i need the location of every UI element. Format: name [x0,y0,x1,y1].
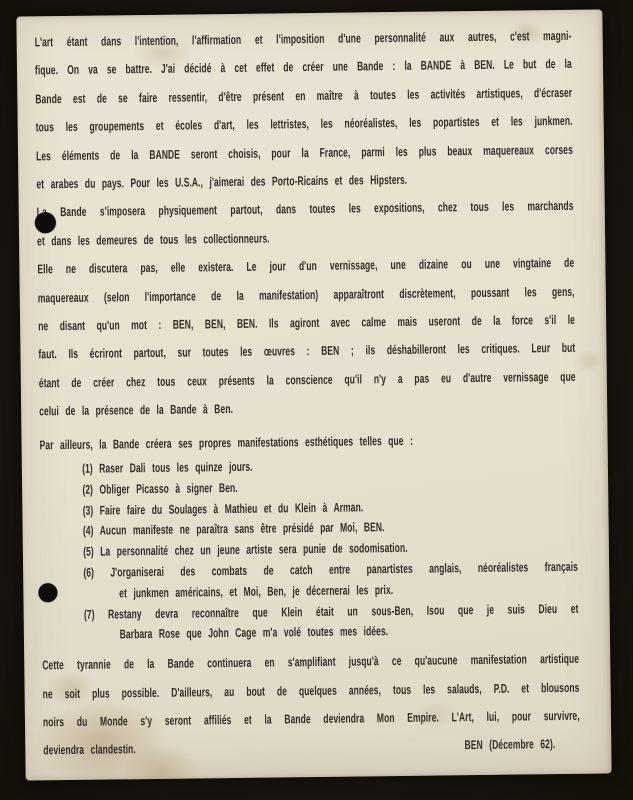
ink-dot-middle [38,583,57,602]
photo-background: L'art étant dans l'intention, l'affirmat… [0,0,633,800]
ink-dot-top [35,212,56,233]
signature-date: BEN (Décembre 62). [464,731,555,761]
closing-text: deviendra clandestin. [43,736,136,766]
text-line: celui de la présence de la Bande à Ben. [39,391,576,426]
document-page: L'art étant dans l'intention, l'affirmat… [16,9,611,780]
body-lines: L'art étant dans l'intention, l'affirmat… [35,22,580,737]
document-text: L'art étant dans l'intention, l'affirmat… [35,22,581,765]
closing-line: deviendra clandestin. BEN (Décembre 62). [43,730,580,765]
